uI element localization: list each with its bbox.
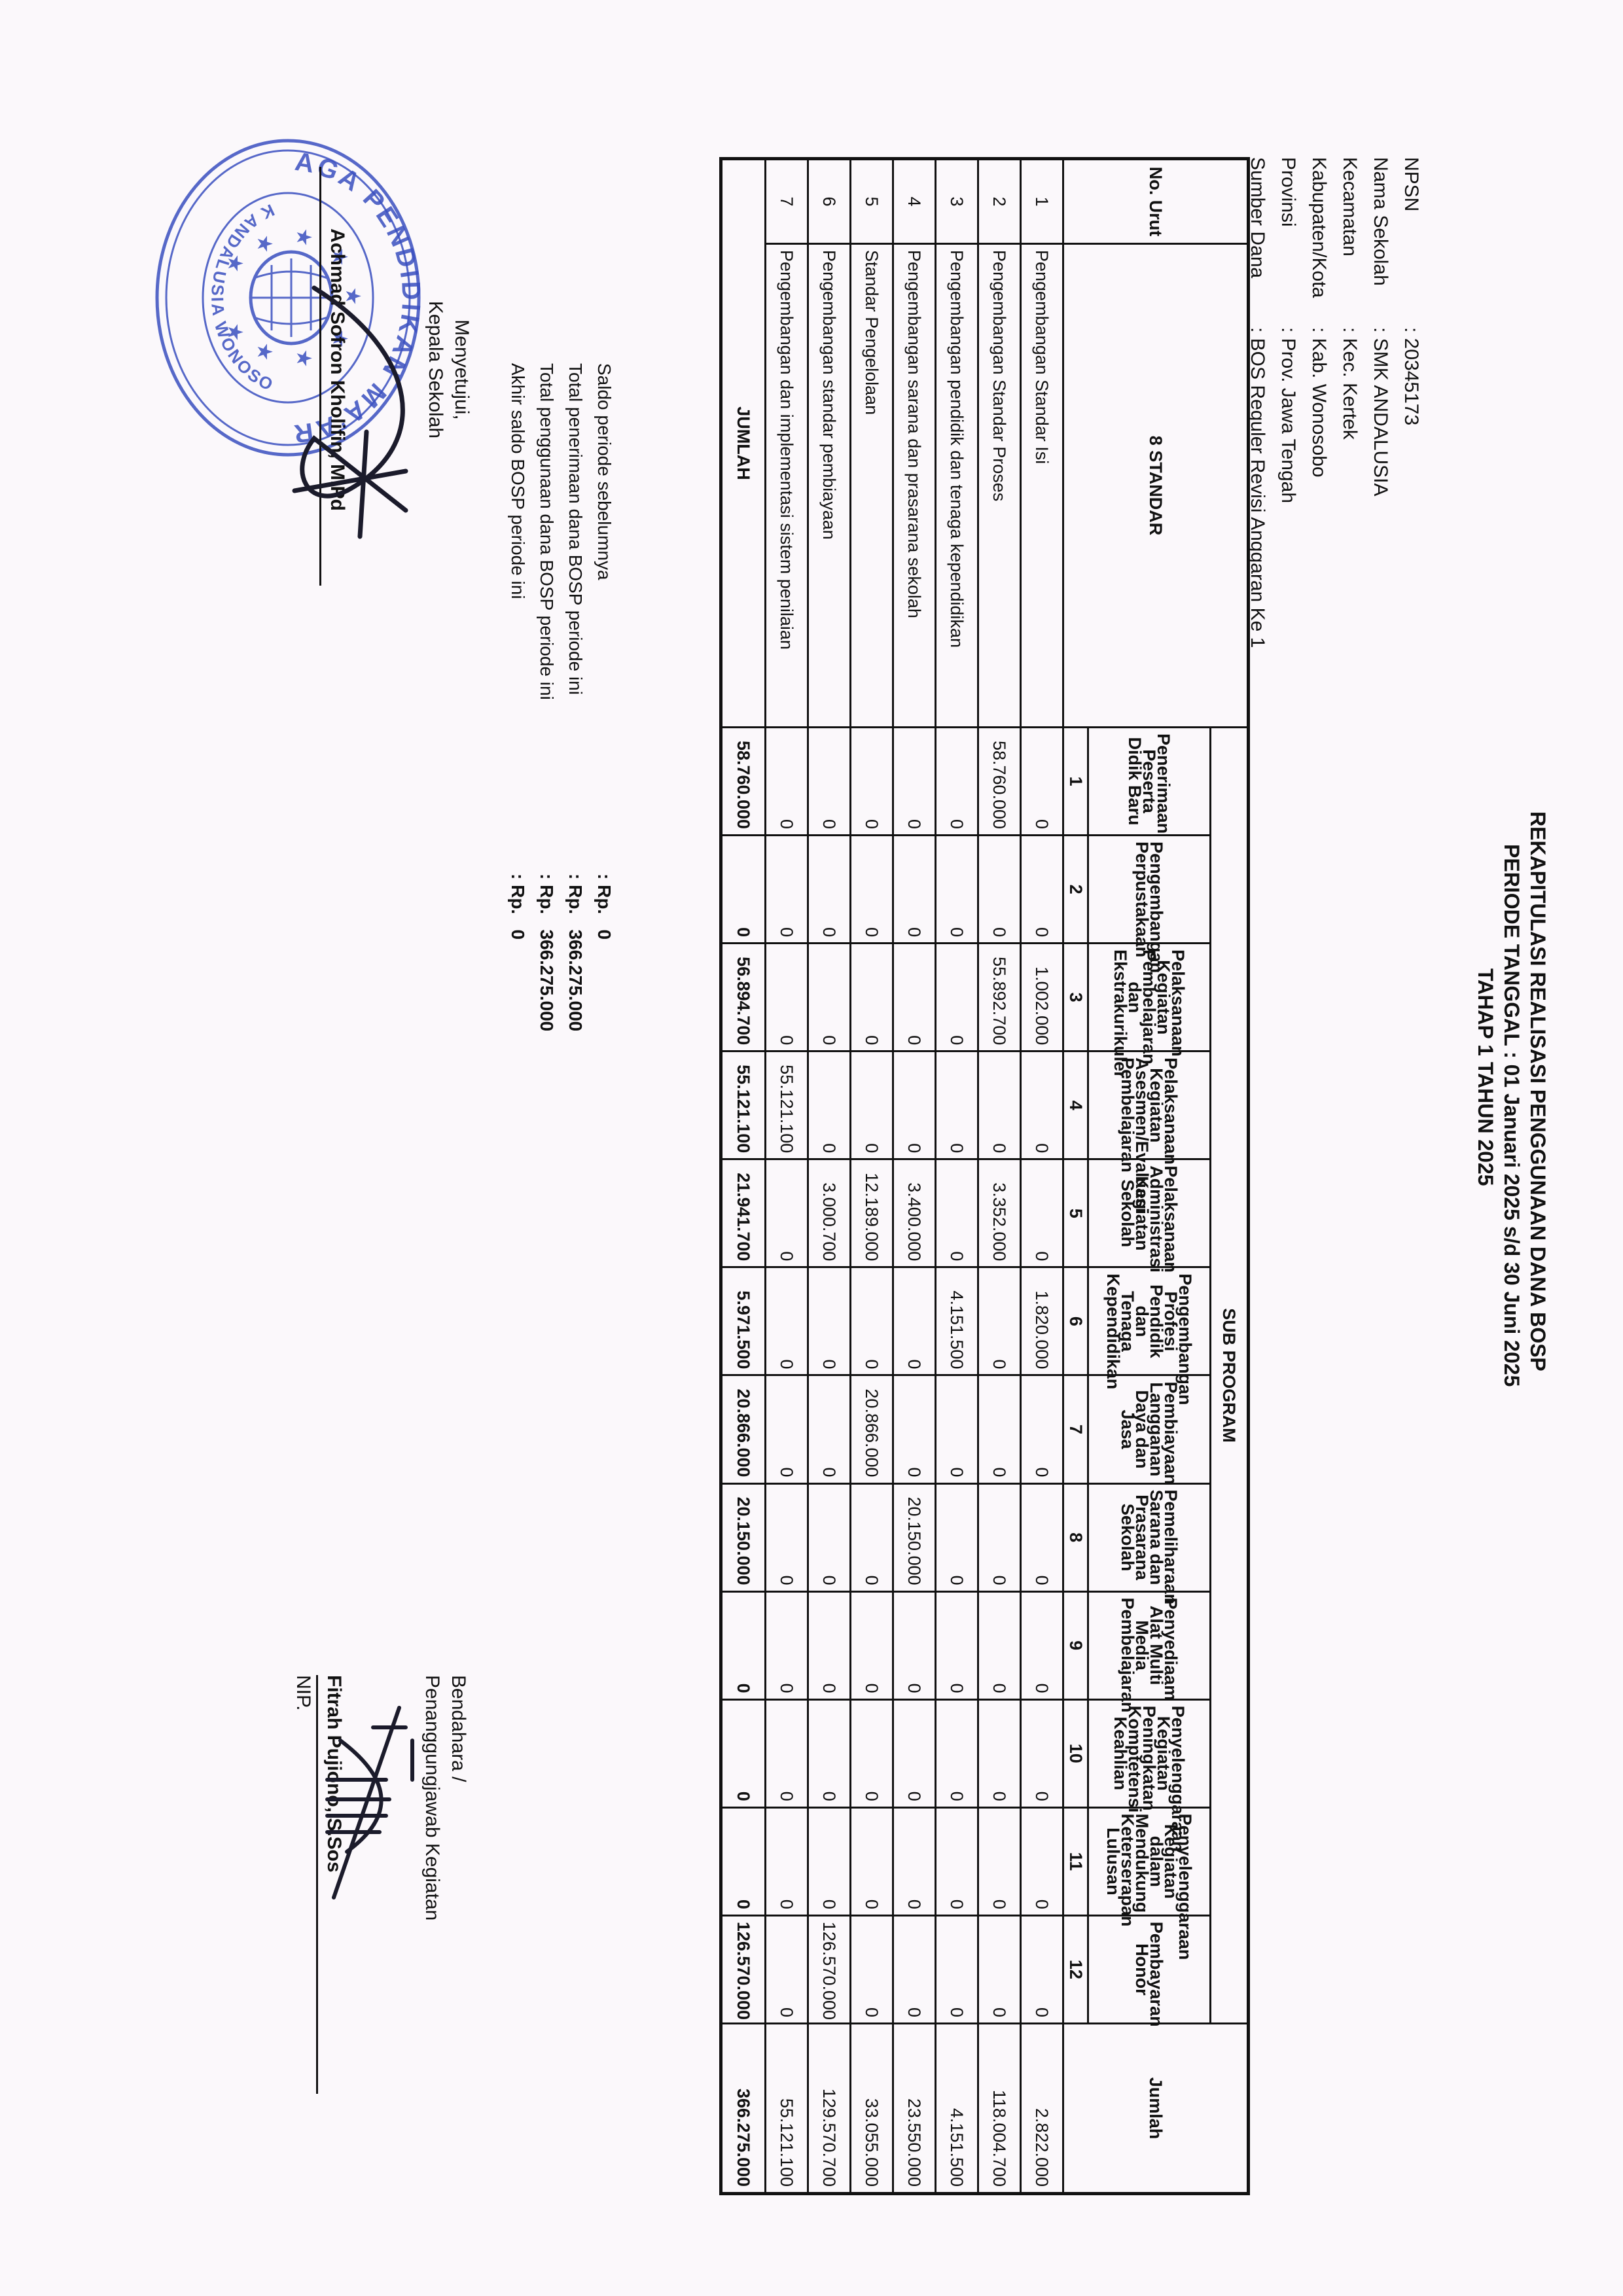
amount-cell: 0 bbox=[893, 1375, 936, 1483]
amount-cell: 0 bbox=[808, 1591, 851, 1699]
balance-summary: Saldo periode sebelumnya: Rp. 0Total pen… bbox=[503, 363, 618, 1031]
row-total: 129.570.700 bbox=[808, 2024, 851, 2194]
amount-cell: 0 bbox=[893, 728, 936, 836]
document-page: REKAPITULASI REALISASI PENGGUNAAN DANA B… bbox=[0, 0, 1623, 2296]
treasurer-name: Fitrah Pujiono, S.Sos bbox=[321, 1675, 347, 2146]
amount-cell: 0 bbox=[808, 944, 851, 1051]
amount-cell: 0 bbox=[766, 1375, 808, 1483]
info-row: NPSN: 20345173 bbox=[1396, 157, 1427, 648]
report-title: REKAPITULASI REALISASI PENGGUNAAN DANA B… bbox=[1472, 0, 1551, 2296]
summary-label: Akhir saldo BOSP periode ini bbox=[503, 363, 532, 874]
amount-cell: 0 bbox=[1021, 1915, 1063, 2023]
amount-cell: 20.150.000 bbox=[893, 1483, 936, 1591]
column-total: 20.866.000 bbox=[721, 1375, 766, 1483]
amount-cell: 0 bbox=[766, 836, 808, 944]
column-total: 0 bbox=[721, 1807, 766, 1915]
sub-program-header: Penyelenggaraan Kegiatan dalam Mendukung… bbox=[1088, 1807, 1211, 1915]
school-info: NPSN: 20345173Nama Sekolah: SMK ANDALUSI… bbox=[1242, 157, 1427, 648]
info-row: Nama Sekolah: SMK ANDALUSIA bbox=[1365, 157, 1396, 648]
amount-cell: 0 bbox=[808, 836, 851, 944]
treasurer-title-2: Penanggungjawab Kegiatan bbox=[419, 1675, 445, 2146]
row-total: 2.822.000 bbox=[1021, 2024, 1063, 2194]
sub-program-header: Pemeliharaan Sarana dan Prasarana Sekola… bbox=[1088, 1483, 1211, 1591]
amount-cell: 0 bbox=[808, 1267, 851, 1375]
standard-name: Pengembangan Standar Isi bbox=[1021, 244, 1063, 728]
amount-cell: 0 bbox=[978, 836, 1021, 944]
title-line-2: PERIODE TANGGAL : 01 Januari 2025 s/d 30… bbox=[1499, 844, 1525, 2296]
amount-cell: 0 bbox=[936, 944, 978, 1051]
row-total: 55.121.100 bbox=[766, 2024, 808, 2194]
column-total: 0 bbox=[721, 1699, 766, 1807]
info-value: : Kec. Kertek bbox=[1334, 327, 1365, 440]
info-value: : Kab. Wonosobo bbox=[1304, 327, 1334, 478]
info-label: Kabupaten/Kota bbox=[1304, 157, 1334, 327]
sub-program-number: 3 bbox=[1063, 944, 1088, 1051]
treasurer-nip: NIP. bbox=[290, 1675, 316, 2146]
info-label: NPSN bbox=[1396, 157, 1427, 327]
amount-cell: 0 bbox=[1021, 836, 1063, 944]
summary-row: Total penerimaan dana BOSP periode ini: … bbox=[561, 363, 590, 1031]
column-total: 21.941.700 bbox=[721, 1159, 766, 1267]
amount-cell: 0 bbox=[978, 1591, 1021, 1699]
amount-cell: 0 bbox=[978, 1051, 1021, 1159]
summary-row: Saldo periode sebelumnya: Rp. 0 bbox=[590, 363, 618, 1031]
title-line-3: TAHAP 1 TAHUN 2025 bbox=[1472, 968, 1499, 2296]
header-sub-program: SUB PROGRAM bbox=[1211, 728, 1249, 2024]
info-value: : 20345173 bbox=[1396, 327, 1427, 425]
amount-cell: 0 bbox=[978, 1699, 1021, 1807]
amount-cell: 0 bbox=[978, 1915, 1021, 2023]
summary-label: Total penerimaan dana BOSP periode ini bbox=[561, 363, 590, 874]
amount-cell: 0 bbox=[1021, 1699, 1063, 1807]
amount-cell: 0 bbox=[808, 728, 851, 836]
amount-cell: 0 bbox=[978, 1807, 1021, 1915]
amount-cell: 3.400.000 bbox=[893, 1159, 936, 1267]
amount-cell: 0 bbox=[893, 1051, 936, 1159]
amount-cell: 3.000.700 bbox=[808, 1159, 851, 1267]
amount-cell: 0 bbox=[851, 1915, 893, 2023]
amount-cell: 0 bbox=[766, 1807, 808, 1915]
summary-value: : Rp. 366.275.000 bbox=[561, 874, 590, 1031]
amount-cell: 0 bbox=[936, 1915, 978, 2023]
info-label: Provinsi bbox=[1273, 157, 1304, 327]
row-number: 3 bbox=[936, 159, 978, 244]
principal-signature-line bbox=[319, 167, 321, 586]
column-total: 56.894.700 bbox=[721, 944, 766, 1051]
amount-cell: 0 bbox=[808, 1699, 851, 1807]
info-row: Kecamatan: Kec. Kertek bbox=[1334, 157, 1365, 648]
sub-program-number: 11 bbox=[1063, 1807, 1088, 1915]
amount-cell: 0 bbox=[808, 1483, 851, 1591]
amount-cell: 0 bbox=[893, 1699, 936, 1807]
sub-program-number: 9 bbox=[1063, 1591, 1088, 1699]
summary-label: Total penggunaan dana BOSP periode ini bbox=[532, 363, 561, 874]
amount-cell: 0 bbox=[978, 1375, 1021, 1483]
sub-program-header: Penerimaan Peserta Didik Baru bbox=[1088, 728, 1211, 836]
amount-cell: 0 bbox=[893, 1267, 936, 1375]
svg-text:★: ★ bbox=[294, 350, 314, 366]
table-row: 3Pengembangan pendidik dan tenaga kepend… bbox=[936, 159, 978, 2194]
standard-name: Pengembangan Standar Proses bbox=[978, 244, 1021, 728]
standard-name: Pengembangan standar pembiayaan bbox=[808, 244, 851, 728]
row-number: 7 bbox=[766, 159, 808, 244]
sub-program-number: 12 bbox=[1063, 1915, 1088, 2023]
svg-text:★: ★ bbox=[255, 236, 275, 252]
svg-text:★: ★ bbox=[294, 229, 314, 245]
amount-cell: 0 bbox=[851, 1051, 893, 1159]
amount-cell: 0 bbox=[978, 1483, 1021, 1591]
sub-program-number: 4 bbox=[1063, 1051, 1088, 1159]
summary-row: Total penggunaan dana BOSP periode ini: … bbox=[532, 363, 561, 1031]
row-total: 118.004.700 bbox=[978, 2024, 1021, 2194]
header-no-urut: No. Urut bbox=[1063, 159, 1249, 244]
svg-text:★: ★ bbox=[225, 324, 245, 340]
header-8-standar: 8 STANDAR bbox=[1063, 244, 1249, 728]
sub-program-header: Penyelenggaraan Kegiatan Peningkatan Kom… bbox=[1088, 1699, 1211, 1807]
row-number: 1 bbox=[1021, 159, 1063, 244]
sub-program-number: 2 bbox=[1063, 836, 1088, 944]
amount-cell: 0 bbox=[808, 1051, 851, 1159]
amount-cell: 0 bbox=[766, 1159, 808, 1267]
header-jumlah: Jumlah bbox=[1063, 2024, 1249, 2194]
summary-value: : Rp. 366.275.000 bbox=[532, 874, 561, 1031]
amount-cell: 0 bbox=[1021, 1483, 1063, 1591]
summary-label: Saldo periode sebelumnya bbox=[590, 363, 618, 874]
amount-cell: 0 bbox=[936, 836, 978, 944]
summary-row: Akhir saldo BOSP periode ini: Rp. 0 bbox=[503, 363, 532, 1031]
amount-cell: 0 bbox=[851, 1699, 893, 1807]
sub-program-number: 1 bbox=[1063, 728, 1088, 836]
info-value: : SMK ANDALUSIA bbox=[1365, 327, 1396, 496]
amount-cell: 0 bbox=[766, 944, 808, 1051]
amount-cell: 0 bbox=[851, 1267, 893, 1375]
sub-program-header: Pelaksanaan Kegiatan Pembelajaran dan Ek… bbox=[1088, 944, 1211, 1051]
standard-name: Pengembangan sarana dan prasarana sekola… bbox=[893, 244, 936, 728]
amount-cell: 0 bbox=[893, 944, 936, 1051]
sub-program-number: 6 bbox=[1063, 1267, 1088, 1375]
amount-cell: 0 bbox=[851, 836, 893, 944]
total-label: JUMLAH bbox=[721, 159, 766, 728]
approval-label: Menyetujui, bbox=[448, 167, 474, 573]
column-total: 126.570.000 bbox=[721, 1915, 766, 2023]
sub-program-number: 10 bbox=[1063, 1699, 1088, 1807]
amount-cell: 0 bbox=[893, 1915, 936, 2023]
summary-value: : Rp. 0 bbox=[503, 874, 532, 940]
column-total: 0 bbox=[721, 1591, 766, 1699]
amount-cell: 0 bbox=[766, 1915, 808, 2023]
principal-name: Achmad Sofron Kholifin, M.Pd bbox=[324, 167, 350, 573]
amount-cell: 0 bbox=[893, 1591, 936, 1699]
amount-cell: 0 bbox=[766, 1483, 808, 1591]
sub-program-header: Penyediaam Alat Multi Media Pembelajaran bbox=[1088, 1591, 1211, 1699]
info-value: : Prov. Jawa Tengah bbox=[1273, 327, 1304, 503]
principal-signature-block: Menyetujui, Kepala Sekolah Achmad Sofron… bbox=[319, 167, 474, 573]
amount-cell: 0 bbox=[766, 1699, 808, 1807]
row-total: 23.550.000 bbox=[893, 2024, 936, 2194]
amount-cell: 0 bbox=[936, 1483, 978, 1591]
amount-cell: 3.352.000 bbox=[978, 1159, 1021, 1267]
amount-cell: 0 bbox=[936, 1375, 978, 1483]
realization-table: No. Urut 8 STANDAR SUB PROGRAM Jumlah Pe… bbox=[719, 157, 1250, 2195]
info-row: Provinsi: Prov. Jawa Tengah bbox=[1273, 157, 1304, 648]
amount-cell: 0 bbox=[893, 1807, 936, 1915]
table-row: 6Pengembangan standar pembiayaan00003.00… bbox=[808, 159, 851, 2194]
amount-cell: 0 bbox=[766, 728, 808, 836]
amount-cell: 0 bbox=[808, 1807, 851, 1915]
table-row: 2Pengembangan Standar Proses58.760.00005… bbox=[978, 159, 1021, 2194]
amount-cell: 0 bbox=[936, 728, 978, 836]
amount-cell: 0 bbox=[893, 836, 936, 944]
amount-cell: 0 bbox=[851, 1591, 893, 1699]
principal-title: Kepala Sekolah bbox=[422, 167, 448, 573]
table-row: 4Pengembangan sarana dan prasarana sekol… bbox=[893, 159, 936, 2194]
info-row: Kabupaten/Kota: Kab. Wonosobo bbox=[1304, 157, 1334, 648]
amount-cell: 0 bbox=[936, 1699, 978, 1807]
amount-cell: 0 bbox=[936, 1051, 978, 1159]
treasurer-title-1: Bendahara / bbox=[445, 1675, 471, 2146]
column-total: 20.150.000 bbox=[721, 1483, 766, 1591]
row-number: 4 bbox=[893, 159, 936, 244]
amount-cell: 0 bbox=[851, 1807, 893, 1915]
column-total: 55.121.100 bbox=[721, 1051, 766, 1159]
amount-cell: 58.760.000 bbox=[978, 728, 1021, 836]
standard-name: Standar Pengelolaan bbox=[851, 244, 893, 728]
amount-cell: 0 bbox=[1021, 1159, 1063, 1267]
title-line-1: REKAPITULASI REALISASI PENGGUNAAN DANA B… bbox=[1525, 811, 1551, 2296]
amount-cell: 12.189.000 bbox=[851, 1159, 893, 1267]
column-total: 0 bbox=[721, 836, 766, 944]
row-number: 5 bbox=[851, 159, 893, 244]
grand-total: 366.275.000 bbox=[721, 2024, 766, 2194]
amount-cell: 55.892.700 bbox=[978, 944, 1021, 1051]
info-label: Nama Sekolah bbox=[1365, 157, 1396, 327]
amount-cell: 0 bbox=[1021, 1375, 1063, 1483]
amount-cell: 1.002.000 bbox=[1021, 944, 1063, 1051]
sub-program-header: Pelaksanaan Kegiatan Asesmen/Evaluasi Pe… bbox=[1088, 1051, 1211, 1159]
sub-program-number: 7 bbox=[1063, 1375, 1088, 1483]
amount-cell: 20.866.000 bbox=[851, 1375, 893, 1483]
amount-cell: 0 bbox=[936, 1807, 978, 1915]
row-number: 6 bbox=[808, 159, 851, 244]
amount-cell: 0 bbox=[766, 1267, 808, 1375]
amount-cell: 0 bbox=[1021, 1807, 1063, 1915]
sub-program-header: Pengembangan Perpustakaan bbox=[1088, 836, 1211, 944]
standard-name: Pengembangan pendidik dan tenaga kependi… bbox=[936, 244, 978, 728]
amount-cell: 0 bbox=[808, 1375, 851, 1483]
table-row: 5Standar Pengelolaan000012.189.000020.86… bbox=[851, 159, 893, 2194]
row-total: 33.055.000 bbox=[851, 2024, 893, 2194]
row-number: 2 bbox=[978, 159, 1021, 244]
amount-cell: 0 bbox=[1021, 728, 1063, 836]
amount-cell: 4.151.500 bbox=[936, 1267, 978, 1375]
amount-cell: 0 bbox=[851, 944, 893, 1051]
amount-cell: 0 bbox=[936, 1159, 978, 1267]
summary-value: : Rp. 0 bbox=[590, 874, 618, 940]
amount-cell: 0 bbox=[1021, 1591, 1063, 1699]
amount-cell: 1.820.000 bbox=[1021, 1267, 1063, 1375]
total-row: JUMLAH58.760.000056.894.70055.121.10021.… bbox=[721, 159, 766, 2194]
sub-program-header: Pengembangan Profesi Pendidik dan Tenaga… bbox=[1088, 1267, 1211, 1375]
table-row: 1Pengembangan Standar Isi001.002.000001.… bbox=[1021, 159, 1063, 2194]
sub-program-number: 5 bbox=[1063, 1159, 1088, 1267]
sub-program-header: Pelaksanaan Administrasi Kegiatan Sekola… bbox=[1088, 1159, 1211, 1267]
column-total: 5.971.500 bbox=[721, 1267, 766, 1375]
svg-text:★: ★ bbox=[255, 344, 275, 360]
amount-cell: 0 bbox=[851, 728, 893, 836]
amount-cell: 0 bbox=[978, 1267, 1021, 1375]
amount-cell: 0 bbox=[851, 1483, 893, 1591]
info-label: Kecamatan bbox=[1334, 157, 1365, 327]
amount-cell: 126.570.000 bbox=[808, 1915, 851, 2023]
treasurer-signature-block: Bendahara / Penanggungjawab Kegiatan Fit… bbox=[290, 1675, 471, 2146]
sub-program-number: 8 bbox=[1063, 1483, 1088, 1591]
table-row: 7Pengembangan dan implementasi sistem pe… bbox=[766, 159, 808, 2194]
treasurer-signature-line bbox=[316, 1675, 318, 2094]
amount-cell: 0 bbox=[936, 1591, 978, 1699]
standard-name: Pengembangan dan implementasi sistem pen… bbox=[766, 244, 808, 728]
svg-text:★: ★ bbox=[225, 255, 245, 272]
amount-cell: 0 bbox=[1021, 1051, 1063, 1159]
amount-cell: 0 bbox=[766, 1591, 808, 1699]
column-total: 58.760.000 bbox=[721, 728, 766, 836]
row-total: 4.151.500 bbox=[936, 2024, 978, 2194]
amount-cell: 55.121.100 bbox=[766, 1051, 808, 1159]
